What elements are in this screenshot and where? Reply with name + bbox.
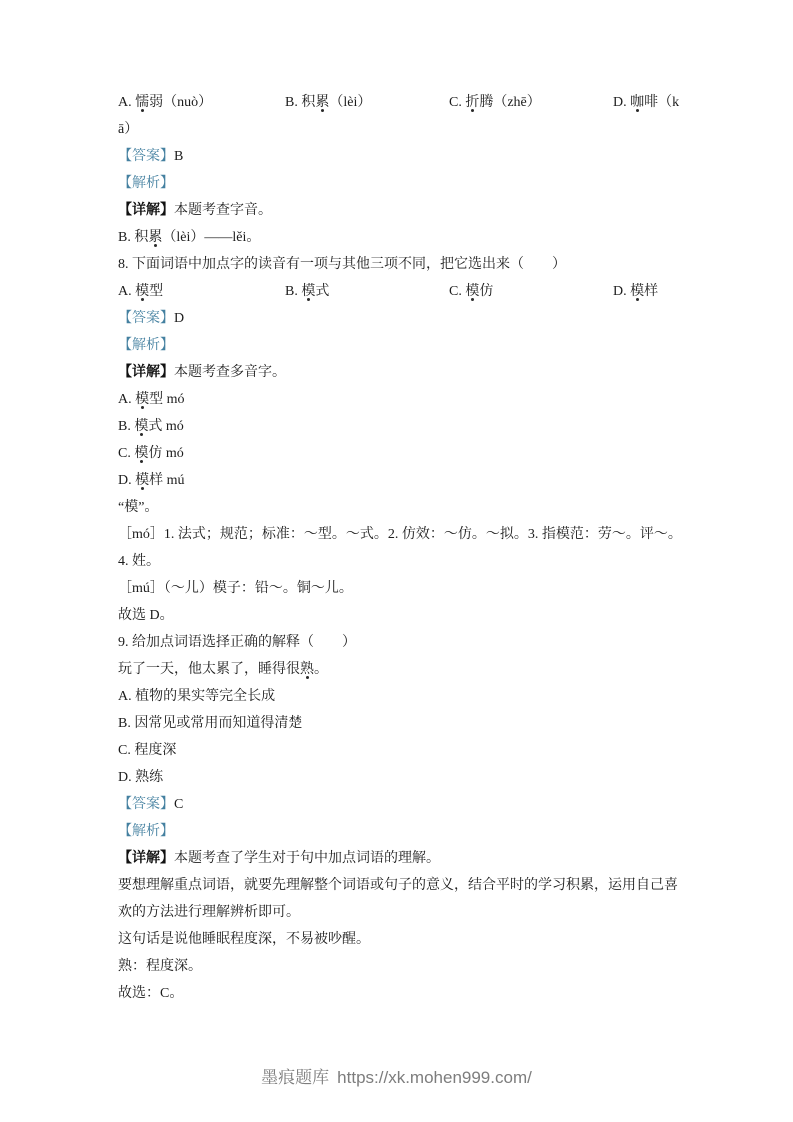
option-cell: D. 模样 [613,278,658,305]
text-segment: 【详解】 [118,851,174,866]
text-segment: 。 [314,662,328,677]
text-segment: 仿 [479,284,493,299]
q7-answer: 【答案】B [118,143,680,170]
q8-option-d-pinyin: D. 模样 mú [118,467,680,494]
text-segment: D [174,311,184,326]
q9-option-c: C. 程度深 [118,737,680,764]
text-segment: 本题考查了学生对于句中加点词语的理解。 [174,851,440,866]
option-cell: B. 积累（lèi） [285,89,371,116]
option-cell: A. 懦弱（nuò） [118,89,212,116]
q8-explanation: 【详解】本题考查多音字。 [118,359,680,386]
emphasized-char: 熟 [300,662,314,677]
emphasized-char: 累 [148,230,162,245]
text-segment: ［mó］1. 法式；规范；标准：～型。～式。2. 仿效：～仿。～拟。3. 指模范… [118,527,682,542]
q8-option-b-pinyin: B. 模式 mó [118,413,680,440]
q8-mo-definition-cont: 4. 姓。 [118,548,680,575]
q8-conclusion: 故选 D。 [118,602,680,629]
text-segment: D. [118,473,135,488]
emphasized-char: 模 [135,284,149,299]
text-segment: C. 程度深 [118,743,176,758]
emphasized-char: 累 [315,95,329,110]
q8-option-c-pinyin: C. 模仿 mó [118,440,680,467]
q9-word-meaning: 熟：程度深。 [118,953,680,980]
q8-options-row: A. 模型B. 模式C. 模仿D. 模样 [118,278,680,305]
q8-stem: 8. 下面词语中加点字的读音有一项与其他三项不同，把它选出来（ ） [118,251,680,278]
text-segment: B. 积 [285,95,315,110]
option-cell: D. 咖啡（k [613,89,679,116]
q7-analysis-label: 【解析】 [118,170,680,197]
q9-explanation: 【详解】本题考查了学生对于句中加点词语的理解。 [118,845,680,872]
text-segment: 本题考查字音。 [174,203,272,218]
q7-option-d-wrap: ā） [118,116,680,143]
option-cell: A. 模型 [118,278,163,305]
text-segment: A. [118,95,135,110]
q8-mo-note: “模”。 [118,494,680,521]
q9-conclusion: 故选：C。 [118,980,680,1007]
q9-option-d: D. 熟练 [118,764,680,791]
q9-stem: 9. 给加点词语选择正确的解释（ ） [118,629,680,656]
emphasized-char: 咖 [630,95,644,110]
emphasized-char: 模 [135,392,149,407]
text-segment: B. [285,284,301,299]
text-segment: C. [449,95,465,110]
q8-analysis-label: 【解析】 [118,332,680,359]
text-segment: 欢的方法进行理解辨析即可。 [118,905,300,920]
emphasized-char: 模 [465,284,479,299]
text-segment: 【解析】 [118,176,174,191]
text-segment: 【解析】 [118,824,174,839]
emphasized-char: 模 [134,419,148,434]
text-segment: C [174,797,183,812]
emphasized-char: 懦 [135,95,149,110]
emphasized-char: 模 [134,446,148,461]
text-segment: 【答案】 [118,311,174,326]
text-segment: （lèi）——lěi。 [162,230,260,245]
text-segment: 这句话是说他睡眠程度深，不易被吵醒。 [118,932,370,947]
text-segment: 玩了一天，他太累了，睡得很 [118,662,300,677]
text-segment: 样 [644,284,658,299]
text-segment: 啡（k [644,95,679,110]
option-cell: B. 模式 [285,278,329,305]
emphasized-char: 模 [630,284,644,299]
text-segment: 弱（nuò） [149,95,212,110]
q8-mu-definition: ［mú］（～儿）模子：铅～。铜～儿。 [118,575,680,602]
text-segment: B. 因常见或常用而知道得清楚 [118,716,302,731]
q8-mo-definition: ［mó］1. 法式；规范；标准：～型。～式。2. 仿效：～仿。～拟。3. 指模范… [118,521,680,548]
text-segment: 【解析】 [118,338,174,353]
q9-explanation-line2: 要想理解重点词语，就要先理解整个词语或句子的意义，结合平时的学习积累，运用自己喜 [118,872,680,899]
emphasized-char: 模 [135,473,149,488]
q8-answer: 【答案】D [118,305,680,332]
text-segment: B. 积 [118,230,148,245]
q9-answer: 【答案】C [118,791,680,818]
text-segment: 式 mó [148,419,183,434]
text-segment: （lèi） [329,95,371,110]
text-segment: B. [118,419,134,434]
q9-option-a: A. 植物的果实等完全长成 [118,683,680,710]
text-segment: 【详解】 [118,365,174,380]
text-segment: 故选 D。 [118,608,174,623]
text-segment: ［mú］（～儿）模子：铅～。铜～儿。 [118,581,353,596]
text-segment: 样 mú [149,473,184,488]
q7-options-row: A. 懦弱（nuò）B. 积累（lèi）C. 折腾（zhē）D. 咖啡（k [118,89,680,116]
q9-explanation-line4: 这句话是说他睡眠程度深，不易被吵醒。 [118,926,680,953]
text-segment: 型 [149,284,163,299]
text-segment: 要想理解重点词语，就要先理解整个词语或句子的意义，结合平时的学习积累，运用自己喜 [118,878,678,893]
text-segment: 本题考查多音字。 [174,365,286,380]
emphasized-char: 模 [301,284,315,299]
text-segment: 【详解】 [118,203,174,218]
text-segment: 4. 姓。 [118,554,160,569]
text-segment: 【答案】 [118,797,174,812]
text-segment: 型 mó [149,392,184,407]
text-segment: 9. 给加点词语选择正确的解释（ ） [118,635,356,650]
q7-correction: B. 积累（lèi）——lěi。 [118,224,680,251]
text-segment: 熟：程度深。 [118,959,202,974]
q7-explanation: 【详解】本题考查字音。 [118,197,680,224]
text-segment: “模”。 [118,500,158,515]
text-segment: ā） [118,122,138,137]
q9-analysis-label: 【解析】 [118,818,680,845]
q8-option-a-pinyin: A. 模型 mó [118,386,680,413]
text-segment: 8. 下面词语中加点字的读音有一项与其他三项不同，把它选出来（ ） [118,257,566,272]
q9-sentence: 玩了一天，他太累了，睡得很熟。 [118,656,680,683]
text-segment: 【答案】 [118,149,174,164]
text-segment: D. [613,95,630,110]
text-segment: C. [449,284,465,299]
footer-site-name: 墨痕题库 [261,1068,329,1087]
emphasized-char: 折 [465,95,479,110]
footer-url: https://xk.mohen999.com/ [337,1068,532,1087]
document-body: A. 懦弱（nuò）B. 积累（lèi）C. 折腾（zhē）D. 咖啡（kā）【… [118,89,680,1007]
text-segment: 腾（zhē） [479,95,540,110]
text-segment: B [174,149,183,164]
q9-explanation-line3: 欢的方法进行理解辨析即可。 [118,899,680,926]
text-segment: C. [118,446,134,461]
text-segment: 仿 mó [148,446,183,461]
text-segment: D. 熟练 [118,770,163,785]
option-cell: C. 折腾（zhē） [449,89,541,116]
q9-option-b: B. 因常见或常用而知道得清楚 [118,710,680,737]
option-cell: C. 模仿 [449,278,493,305]
text-segment: A. [118,392,135,407]
text-segment: A. 植物的果实等完全长成 [118,689,275,704]
text-segment: 式 [315,284,329,299]
text-segment: D. [613,284,630,299]
text-segment: 故选：C。 [118,986,183,1001]
text-segment: A. [118,284,135,299]
page-footer: 墨痕题库https://xk.mohen999.com/ [0,1063,793,1088]
exam-document-page: A. 懦弱（nuò）B. 积累（lèi）C. 折腾（zhē）D. 咖啡（kā）【… [0,0,793,1122]
